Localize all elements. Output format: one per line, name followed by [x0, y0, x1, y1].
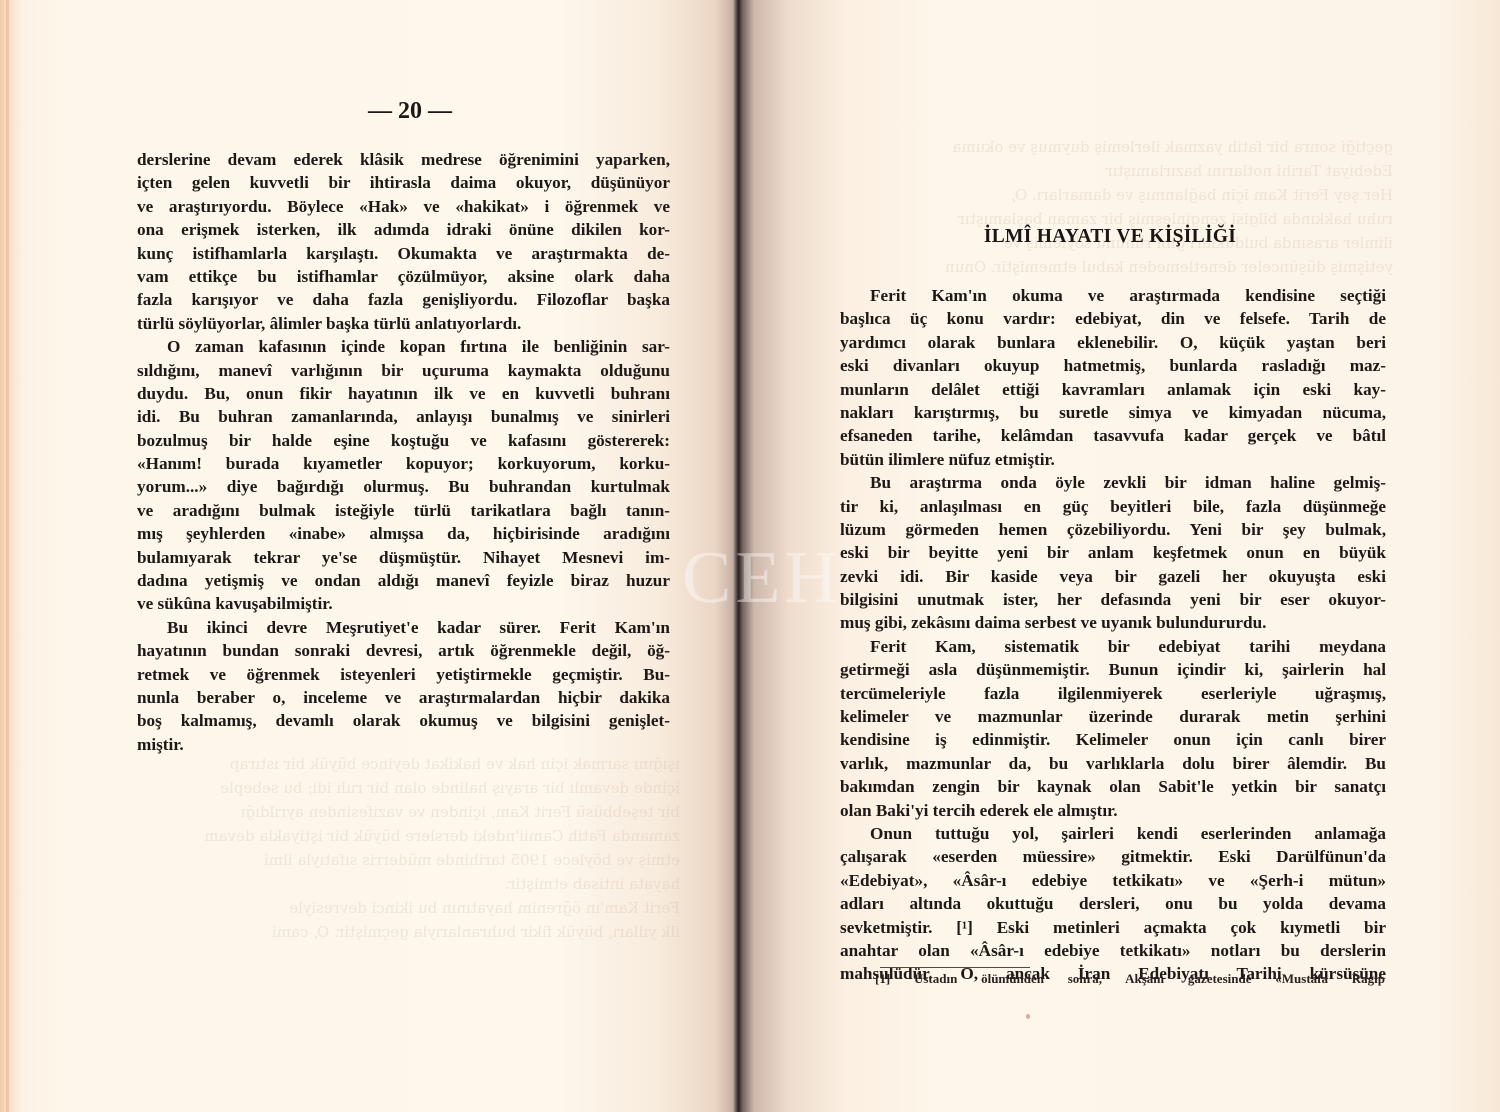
page-edge [6, 0, 9, 1112]
text-line: içten gelen kuvvetli bir ihtirasla daima… [137, 171, 670, 194]
text-line: O zaman kafasının içinde kopan fırtına i… [137, 335, 670, 358]
footnote: [1] Üstadın ölümünden sonra, Akşam gazet… [875, 971, 1385, 987]
text-line: hayatının bundan sonraki devresi, artık … [137, 639, 670, 662]
text-line: kunç istifhamlarla karşılaştı. Okumakta … [137, 242, 670, 265]
text-line: eski divanları okuyup hatmetmiş, bunlard… [840, 354, 1386, 377]
paper-speck [1026, 1014, 1030, 1019]
text-line: bakımdan zengin bir kaynak olan Sabit'le… [840, 775, 1386, 798]
text-line: ve sükûna kavuşabilmiştir. [137, 592, 670, 615]
text-line: Onun tuttuğu yol, şairleri kendi eserler… [840, 822, 1386, 845]
text-line: fazla karışıyor ve daha fazla genişliyor… [137, 288, 670, 311]
text-line: ona erişmek isterken, ilk adımda idraki … [137, 218, 670, 241]
text-line: miştir. [137, 733, 670, 756]
text-line: Ferit Kam'ın okuma ve araştırmada kendis… [840, 284, 1386, 307]
left-page: ışığını sarmak için hak ve hakikat deyin… [0, 0, 738, 1112]
footnote-rule [880, 967, 1030, 968]
text-line: «Hanım! burada kıyametler kopuyor; korku… [137, 452, 670, 475]
text-line: retmek ve öğrenmek isteyenleri yetiştirm… [137, 663, 670, 686]
text-line: dadına yetişmiş ve ondan aldığı manevî f… [137, 569, 670, 592]
book-gutter [734, 0, 742, 1112]
text-line: anahtar olan «Âsâr-ı edebiye tetkikatı» … [840, 939, 1386, 962]
text-line: Bu ikinci devre Meşrutiyet'e kadar sürer… [137, 616, 670, 639]
text-line: başlıca üç konu vardır: edebiyat, din ve… [840, 307, 1386, 330]
text-line: nunla beraber o, inceleme ve araştırmala… [137, 686, 670, 709]
text-line: bilgisini unutmak ister, her defasında y… [840, 588, 1386, 611]
text-line: muş gibi, zekâsını daima serbest ve uyan… [840, 611, 1386, 634]
text-line: Bu araştırma onda öyle zevkli bir idman … [840, 471, 1386, 494]
text-line: ve araştırıyordu. Böylece «Hak» ve «haki… [137, 195, 670, 218]
text-line: tir ki, anlaşılması en güç beyitleri bil… [840, 495, 1386, 518]
text-line: olan Baki'yi tercih ederek ele almıştır. [840, 799, 1386, 822]
text-line: «Edebiyat», «Âsâr-ı edebiye tetkikatı» v… [840, 869, 1386, 892]
text-line: bozulmuş bir halde eşine koştuğu ve kafa… [137, 429, 670, 452]
text-line: sevketmiştir. [¹] Eski metinleri açmakta… [840, 916, 1386, 939]
text-line: ve aradığını bulmak isteğiyle türlü tari… [137, 499, 670, 522]
text-line: zevki idi. Bir kaside veya bir gazeli he… [840, 565, 1386, 588]
text-line: çalışarak «eserden müessire» gitmektir. … [840, 845, 1386, 868]
page-number: — 20 — [360, 98, 460, 125]
text-line: tercümeleriyle fazla ilgilenmiyerek eser… [840, 682, 1386, 705]
text-line: munların delâlet ettiği kavramları anlam… [840, 378, 1386, 401]
book-spread: ışığını sarmak için hak ve hakikat deyin… [0, 0, 1500, 1112]
text-line: yardımcı olarak bunlara eklenebilir. O, … [840, 331, 1386, 354]
text-line: boş kalmamış, devamlı olarak okumuş ve b… [137, 709, 670, 732]
text-line: adları altında okuttuğu dersleri, onu bu… [840, 892, 1386, 915]
text-line: lüzum görmeden hemen çözebiliyordu. Yeni… [840, 518, 1386, 541]
text-line: duydu. Bu, onun fikir hayatının ilk ve e… [137, 382, 670, 405]
text-line: getirmeği asla düşünmemiştir. Bunun için… [840, 658, 1386, 681]
text-line: kelimeler ve mazmunlar üzerinde durarak … [840, 705, 1386, 728]
text-line: kendisine iş edinmiştir. Kelimeler onun … [840, 728, 1386, 751]
text-line: sıldığını, manevî varlığının bir uçuruma… [137, 359, 670, 382]
text-line: nakları karıştırmış, bu suretle simya ve… [840, 401, 1386, 424]
right-page-body: Ferit Kam'ın okuma ve araştırmada kendis… [840, 284, 1386, 986]
text-line: bütün ilimlere nüfuz etmiştir. [840, 448, 1386, 471]
text-line: efsaneden tarihe, kelâmdan tasavvufa kad… [840, 424, 1386, 447]
text-line: türlü söylüyorlar, âlimler başka türlü a… [137, 312, 670, 335]
text-line: varlık, mazmunlar da, bu varlıklarla dol… [840, 752, 1386, 775]
text-line: eski bir beyitte yeni bir anlam keşfetme… [840, 541, 1386, 564]
text-line: Ferit Kam, sistematik bir edebiyat tarih… [840, 635, 1386, 658]
text-line: yorum...» diye bağırdığı olurmuş. Bu buh… [137, 475, 670, 498]
chapter-heading: İLMÎ HAYATI VE KİŞİLİĞİ [860, 226, 1360, 248]
text-line: bulamıyarak tekrar ye'se düşmüştür. Niha… [137, 546, 670, 569]
left-page-body: derslerine devam ederek klâsik medrese ö… [137, 148, 670, 756]
text-line: vam ettikçe bu istifhamlar çözülmüyor, a… [137, 265, 670, 288]
bleed-through-text: ışığını sarmak için hak ve hakikat deyin… [120, 752, 680, 944]
text-line: derslerine devam ederek klâsik medrese ö… [137, 148, 670, 171]
text-line: mış şeyhlerden «inabe» almışsa da, hiçbi… [137, 522, 670, 545]
text-line: idi. Bu buhran zamanlarında, anlayışı bu… [137, 405, 670, 428]
bleed-through-text: geçtiği sonra bir fatih yazmak ilerlemiş… [833, 135, 1393, 279]
